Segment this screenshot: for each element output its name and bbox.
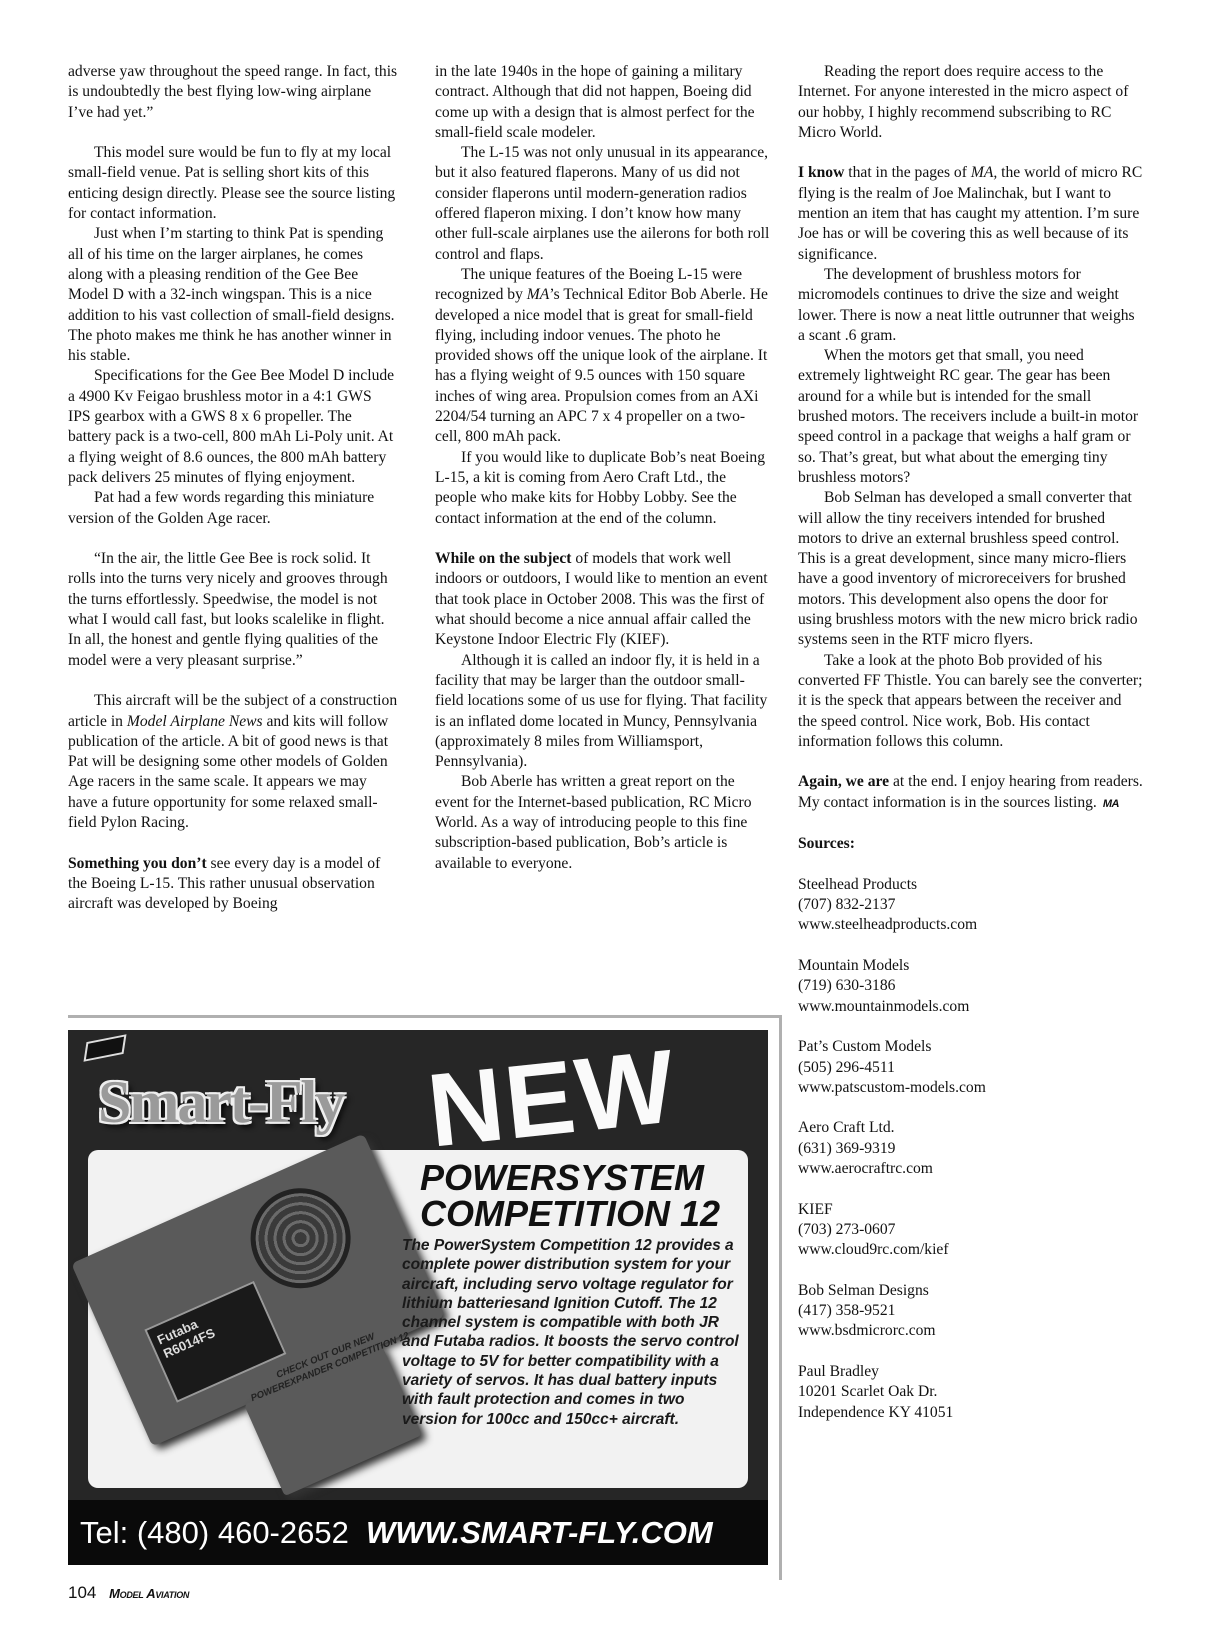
source-phone: (719) 630-3186 [798,976,1143,996]
graduation-cap-icon [83,1034,126,1061]
paragraph: in the late 1940s in the hope of gaining… [435,62,770,143]
paragraph: The development of brushless motors for … [798,265,1143,346]
source-website: www.patscustom-models.com [798,1078,1143,1098]
source-name: Paul Bradley [798,1362,1143,1382]
section-lead: Again, we are [798,773,889,790]
article-column-1: adverse yaw throughout the speed range. … [68,62,398,914]
source-name: Steelhead Products [798,875,1143,895]
source-website: www.mountainmodels.com [798,997,1143,1017]
page-footer: 104 Model Aviation [68,1583,189,1603]
magazine-name: Model Aviation [109,1586,189,1601]
paragraph: While on the subject of models that work… [435,549,770,650]
paragraph: adverse yaw throughout the speed range. … [68,62,398,123]
publication-title: Model Airplane News [127,713,263,730]
source-entry: Pat’s Custom Models (505) 296-4511 www.p… [798,1037,1143,1098]
source-entry: Paul Bradley 10201 Scarlet Oak Dr. Indep… [798,1362,1143,1423]
ad-website: WWW.SMART-FLY.COM [366,1500,713,1565]
source-entry: Aero Craft Ltd. (631) 369-9319 www.aeroc… [798,1118,1143,1179]
source-entry: Mountain Models (719) 630-3186 www.mount… [798,956,1143,1017]
section-lead: Something you don’t [68,855,207,872]
source-website: www.steelheadproducts.com [798,915,1143,935]
ad-divider-horizontal [68,1015,780,1018]
source-name: Pat’s Custom Models [798,1037,1143,1057]
paragraph: Reading the report does require access t… [798,62,1143,143]
paragraph: Again, we are at the end. I enjoy hearin… [798,772,1143,814]
source-name: Mountain Models [798,956,1143,976]
paragraph: If you would like to duplicate Bob’s nea… [435,448,770,529]
paragraph: This aircraft will be the subject of a c… [68,691,398,833]
ad-product-title: POWERSYSTEM COMPETITION 12 [420,1160,740,1232]
source-phone: (707) 832-2137 [798,895,1143,915]
sources-list: Steelhead Products (707) 832-2137 www.st… [798,875,1143,1423]
source-name: Bob Selman Designs [798,1281,1143,1301]
source-website: www.cloud9rc.com/kief [798,1240,1143,1260]
sources-heading: Sources: [798,834,1143,854]
pull-quote: “In the air, the little Gee Bee is rock … [68,549,398,671]
smart-fly-logo: Smart-Fly [98,1068,343,1137]
paragraph: The unique features of the Boeing L-15 w… [435,265,770,448]
source-city: Independence KY 41051 [798,1403,1143,1423]
paragraph: Bob Aberle has written a great report on… [435,772,770,873]
end-mark-logo: MA [1103,798,1119,810]
paragraph: Just when I’m starting to think Pat is s… [68,224,398,366]
paragraph: Specifications for the Gee Bee Model D i… [68,366,398,488]
ad-product-panel: Futaba R6014FS CHECK OUT OUR NEW POWEREX… [88,1150,748,1488]
source-address: 10201 Scarlet Oak Dr. [798,1382,1143,1402]
ad-contact-bar: Tel: (480) 460-2652 WWW.SMART-FLY.COM [68,1500,768,1565]
source-phone: (417) 358-9521 [798,1301,1143,1321]
page-number: 104 [68,1583,96,1602]
source-phone: (703) 273-0607 [798,1220,1143,1240]
paragraph: The L-15 was not only unusual in its app… [435,143,770,265]
source-website: www.aerocraftrc.com [798,1159,1143,1179]
paragraph: Bob Selman has developed a small convert… [798,488,1143,650]
section-lead: While on the subject [435,550,571,567]
ad-divider-vertical [779,1015,782,1580]
paragraph: Something you don’t see every day is a m… [68,854,398,915]
ad-product-description: The PowerSystem Competition 12 provides … [402,1236,742,1429]
paragraph: Take a look at the photo Bob provided of… [798,651,1143,752]
paragraph: Pat had a few words regarding this minia… [68,488,398,529]
paragraph: When the motors get that small, you need… [798,346,1143,488]
article-column-3: Reading the report does require access t… [798,62,1143,1423]
source-entry: KIEF (703) 273-0607 www.cloud9rc.com/kie… [798,1200,1143,1261]
smart-fly-advertisement: Smart-Fly NEW Futaba R6014FS CHECK OUT O… [68,1030,768,1565]
source-phone: (505) 296-4511 [798,1058,1143,1078]
ad-phone: Tel: (480) 460-2652 [80,1500,349,1565]
source-entry: Steelhead Products (707) 832-2137 www.st… [798,875,1143,936]
paragraph: This model sure would be fun to fly at m… [68,143,398,224]
source-phone: (631) 369-9319 [798,1139,1143,1159]
source-name: KIEF [798,1200,1143,1220]
section-lead: I know [798,164,844,181]
source-entry: Bob Selman Designs (417) 358-9521 www.bs… [798,1281,1143,1342]
paragraph: I know that in the pages of MA, the worl… [798,163,1143,264]
paragraph: Although it is called an indoor fly, it … [435,651,770,773]
source-name: Aero Craft Ltd. [798,1118,1143,1138]
article-column-2: in the late 1940s in the hope of gaining… [435,62,770,874]
source-website: www.bsdmicrorc.com [798,1321,1143,1341]
